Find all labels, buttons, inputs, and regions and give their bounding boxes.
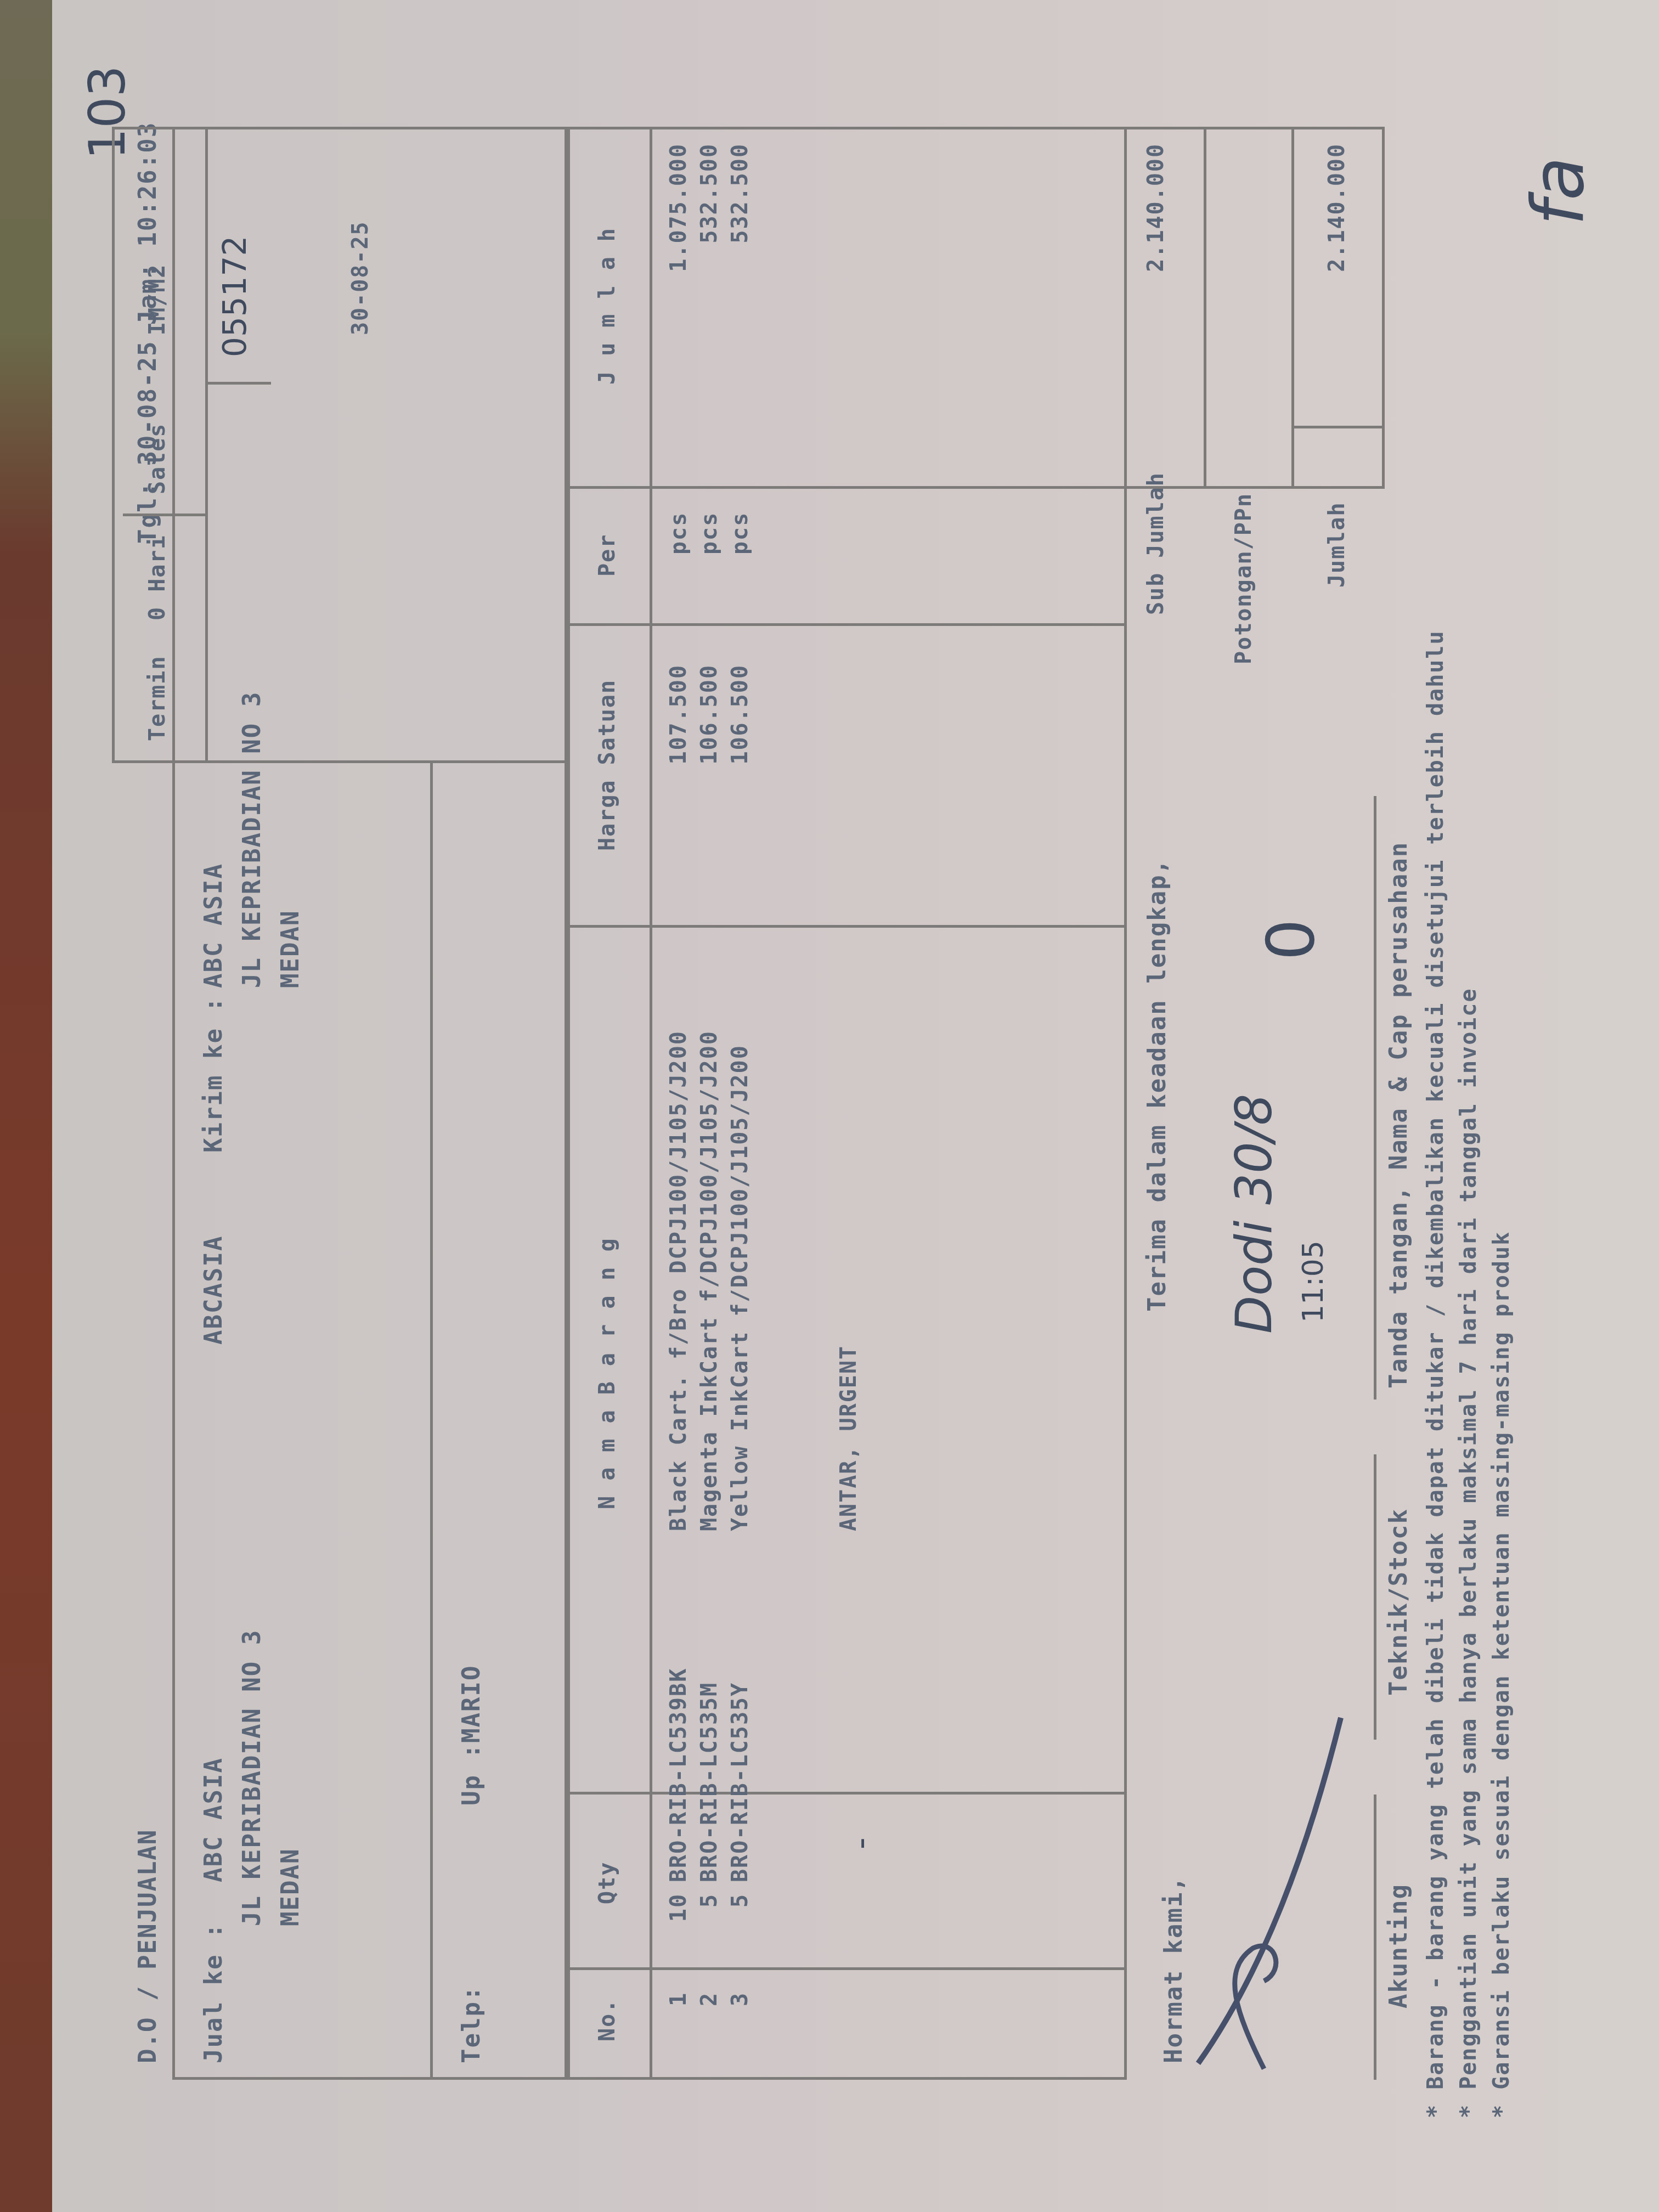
handwritten-receipt-time: 11:05 [1297, 1240, 1330, 1323]
row-qty: 5 [697, 1893, 722, 1959]
row-qty: 5 [727, 1893, 753, 1959]
row-no: 3 [727, 1992, 753, 2063]
total-label: Jumlah [1324, 502, 1350, 588]
sold-to-name: ABC ASIA [200, 1757, 228, 1882]
col-header-no: No. [595, 1999, 620, 2041]
footer-note: * Barang - barang yang telah dibeli tida… [1423, 630, 1448, 2118]
divider [205, 127, 208, 763]
divider [650, 127, 652, 2080]
sold-to-label: Jual ke : [200, 1923, 228, 2063]
divider [567, 623, 1127, 626]
signature-line [1374, 796, 1376, 1400]
paper-sheet: D.O / PENJUALAN Tgl: 30-08-25 Jam: 10:26… [52, 0, 1659, 2212]
invoice-code: IM/M2 [145, 264, 170, 335]
divider [205, 382, 271, 385]
divider [1204, 127, 1206, 489]
col-header-amount: J u m l a h [595, 227, 620, 385]
received-note: Terima dalam keadaan lengkap, [1143, 859, 1171, 1312]
row-code: BRO-RIB-LC539BK [666, 1668, 691, 1882]
sold-to-address: JL KEPRIBADIAN NO 3 [238, 1629, 266, 1926]
divider [123, 513, 205, 516]
row-description: Magenta InkCart f/DCPJ100/J105/J200 [697, 1030, 722, 1531]
col-header-qty: Qty [595, 1861, 620, 1904]
handwritten-invoice-number: 055172 [216, 236, 253, 357]
handwritten-initials: fa [1516, 157, 1600, 225]
ship-to-address: JL KEPRIBADIAN NO 3 [238, 691, 266, 988]
sales-label: Sales [145, 423, 170, 494]
accounting-label: Akunting [1385, 1883, 1413, 2008]
ship-to-label: Kirim ke : [200, 996, 228, 1153]
footer-note: * Garansi berlaku sesuai dengan ketentua… [1489, 1231, 1514, 2118]
divider [1291, 127, 1294, 489]
row-code: BRO-RIB-LC535Y [727, 1682, 753, 1882]
divider [567, 1967, 1127, 1970]
signature-line [1374, 1795, 1376, 2080]
subtotal-label: Sub Jumlah [1143, 472, 1169, 615]
handwritten-mark: 0 [1253, 919, 1329, 961]
accounting-signature [1187, 1696, 1363, 2080]
total-value: 2.140.000 [1324, 143, 1350, 407]
row-unit-price: 106.500 [727, 664, 753, 873]
row-per: pcs [697, 512, 722, 555]
footer-note: * Penggantian unit yang sama hanya berla… [1456, 988, 1481, 2118]
row-amount: 532.500 [727, 143, 753, 407]
regards-text: Hormat kami, [1160, 1876, 1188, 2063]
termin-value: 0 Hari [145, 535, 170, 621]
handwritten-tick-mark: - [842, 1837, 880, 1849]
delivery-order-document: D.O / PENJUALAN Tgl: 30-08-25 Jam: 10:26… [112, 22, 1659, 2190]
sold-to-city: MEDAN [276, 1848, 304, 1926]
divider [567, 486, 1127, 489]
divider [1291, 426, 1385, 428]
discount-label: Potongan/PPn [1231, 493, 1256, 664]
row-amount: 1.075.000 [666, 143, 691, 407]
telp-label: Telp: [458, 1985, 486, 2063]
up-label: Up :MARIO [458, 1665, 486, 1805]
termin-label: Termin [145, 656, 170, 742]
row-code: BRO-RIB-LC535M [697, 1682, 722, 1882]
row-description: Yellow InkCart f/DCPJ100/J105/J200 [727, 1045, 753, 1531]
row-qty: 10 [666, 1893, 691, 1959]
col-header-per: Per [595, 534, 620, 577]
ship-to-city: MEDAN [276, 910, 304, 988]
receiver-signature-label: Tanda tangan, Nama & Cap perusahaan [1385, 842, 1413, 1389]
divider [567, 1792, 1127, 1795]
document-date: 30-08-25 [348, 221, 373, 335]
row-no: 1 [666, 1992, 691, 2063]
customer-code: ABCASIA [200, 1235, 228, 1345]
row-unit-price: 107.500 [666, 664, 691, 873]
row-amount: 532.500 [697, 143, 722, 407]
col-header-name: N a m a B a r a n g [595, 1237, 620, 1509]
row-no: 2 [697, 1992, 722, 2063]
handwritten-receiver-name: Dodi 30/8 [1226, 1094, 1283, 1334]
col-header-unit-price: Harga Satuan [595, 679, 620, 851]
termin-box [112, 127, 271, 763]
signature-line [1374, 1454, 1376, 1740]
divider [567, 925, 1127, 928]
document-title: D.O / PENJUALAN [134, 1829, 162, 2063]
ship-to-name: ABC ASIA [200, 863, 228, 988]
divider [430, 763, 433, 2080]
delivery-note: ANTAR, URGENT [836, 1345, 861, 1531]
row-per: pcs [727, 512, 753, 555]
row-per: pcs [666, 512, 691, 555]
technical-stock-label: Teknik/Stock [1385, 1508, 1413, 1696]
row-description: Black Cart. f/Bro DCPJ100/J105/J200 [666, 1030, 691, 1531]
row-unit-price: 106.500 [697, 664, 722, 873]
